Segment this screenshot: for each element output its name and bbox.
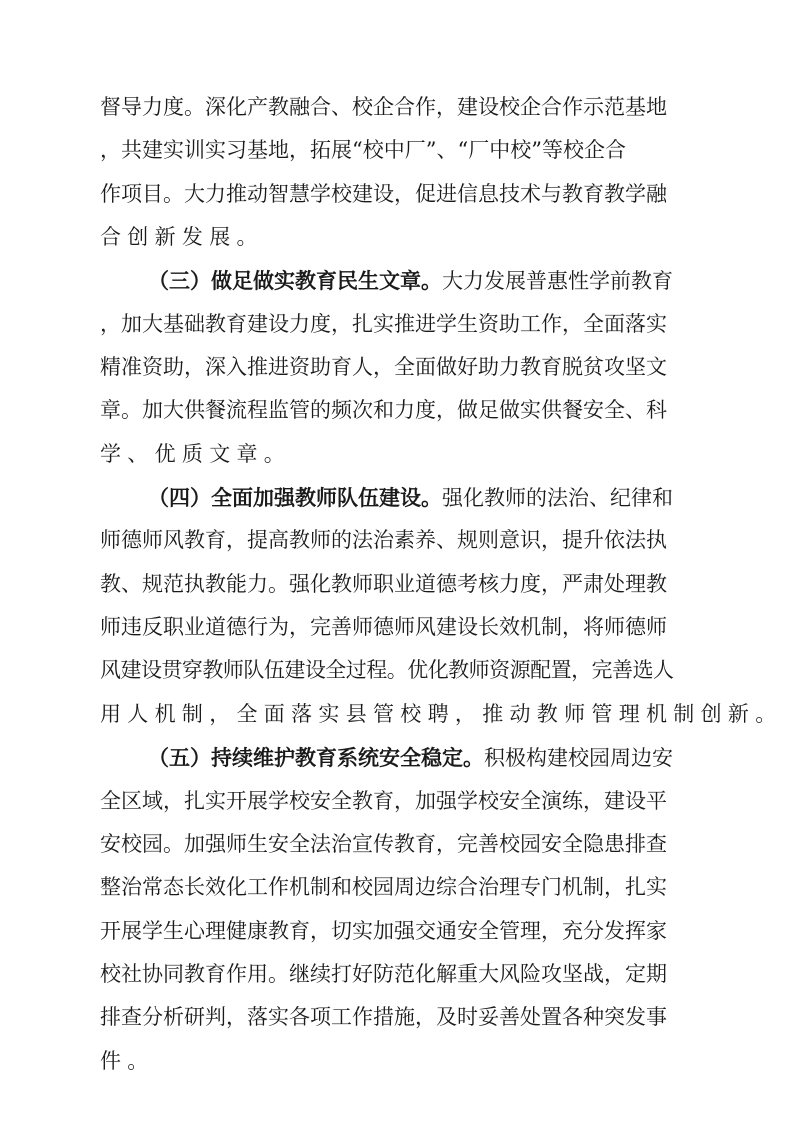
paragraph-section-4: （四）全面加强教师队伍建设。强化教师的法治、纪律和 师德师风教育，提高教师的法治… bbox=[100, 476, 674, 736]
text-line: 全区域，扎实开展学校安全教育，加强学校安全演练，建设平 bbox=[100, 780, 674, 823]
text-line-first: （五）持续维护教育系统安全稳定。积极构建校园周边安 bbox=[100, 736, 674, 779]
text-line: 排查分析研判，落实各项工作措施，及时妥善处置各种突发事 bbox=[100, 996, 674, 1039]
text-line-first: （三）做足做实教育民生文章。大力发展普惠性学前教育 bbox=[100, 259, 674, 302]
paragraph-section-5: （五）持续维护教育系统安全稳定。积极构建校园周边安 全区域，扎实开展学校安全教育… bbox=[100, 736, 674, 1083]
text-run: 强化教师的法治、纪律和 bbox=[442, 486, 673, 510]
text-line: 师德师风教育，提高教师的法治素养、规则意识，提升依法执 bbox=[100, 519, 674, 562]
text-line: 章。加大供餐流程监管的频次和力度，做足做实供餐安全、科 bbox=[100, 389, 674, 432]
text-line: 风建设贯穿教师队伍建设全过程。优化教师资源配置，完善选人 bbox=[100, 649, 674, 692]
text-line: 学、优质文章。 bbox=[100, 433, 674, 476]
text-line: 合创新发展。 bbox=[100, 216, 674, 259]
section-heading: （三）做足做实教育民生文章。 bbox=[148, 268, 442, 293]
text-line: 作项目。大力推动智慧学校建设，促进信息技术与教育教学融 bbox=[100, 173, 674, 216]
text-line: 教、规范执教能力。强化教师职业道德考核力度，严肃处理教 bbox=[100, 563, 674, 606]
text-line: ，共建实训实习基地，拓展“校中厂”、“厂中校”等校企合 bbox=[100, 129, 674, 172]
text-line: ，加大基础教育建设力度，扎实推进学生资助工作，全面落实 bbox=[100, 303, 674, 346]
section-heading: （五）持续维护教育系统安全稳定。 bbox=[148, 745, 484, 770]
text-line: 开展学生心理健康教育，切实加强交通安全管理，充分发挥家 bbox=[100, 910, 674, 953]
text-line: 整治常态长效化工作机制和校园周边综合治理专门机制，扎实 bbox=[100, 866, 674, 909]
text-line: 安校园。加强师生安全法治宣传教育，完善校园安全隐患排查 bbox=[100, 823, 674, 866]
document-page: 督导力度。深化产教融合、校企合作，建设校企合作示范基地 ，共建实训实习基地，拓展… bbox=[100, 86, 674, 1083]
paragraph-continuation: 督导力度。深化产教融合、校企合作，建设校企合作示范基地 ，共建实训实习基地，拓展… bbox=[100, 86, 674, 259]
text-line-first: （四）全面加强教师队伍建设。强化教师的法治、纪律和 bbox=[100, 476, 674, 519]
text-run: 大力发展普惠性学前教育 bbox=[442, 269, 673, 293]
text-line: 师违反职业道德行为，完善师德师风建设长效机制，将师德师 bbox=[100, 606, 674, 649]
paragraph-section-3: （三）做足做实教育民生文章。大力发展普惠性学前教育 ，加大基础教育建设力度，扎实… bbox=[100, 259, 674, 476]
section-heading: （四）全面加强教师队伍建设。 bbox=[148, 485, 442, 510]
text-line: 精准资助，深入推进资助育人，全面做好助力教育脱贫攻坚文 bbox=[100, 346, 674, 389]
text-run: 积极构建校园周边安 bbox=[484, 746, 673, 770]
text-line: 督导力度。深化产教融合、校企合作，建设校企合作示范基地 bbox=[100, 86, 674, 129]
text-line: 件。 bbox=[100, 1040, 674, 1083]
text-line: 校社协同教育作用。继续打好防范化解重大风险攻坚战，定期 bbox=[100, 953, 674, 996]
text-line: 用人机制，全面落实县管校聘，推动教师管理机制创新。 bbox=[100, 693, 674, 736]
